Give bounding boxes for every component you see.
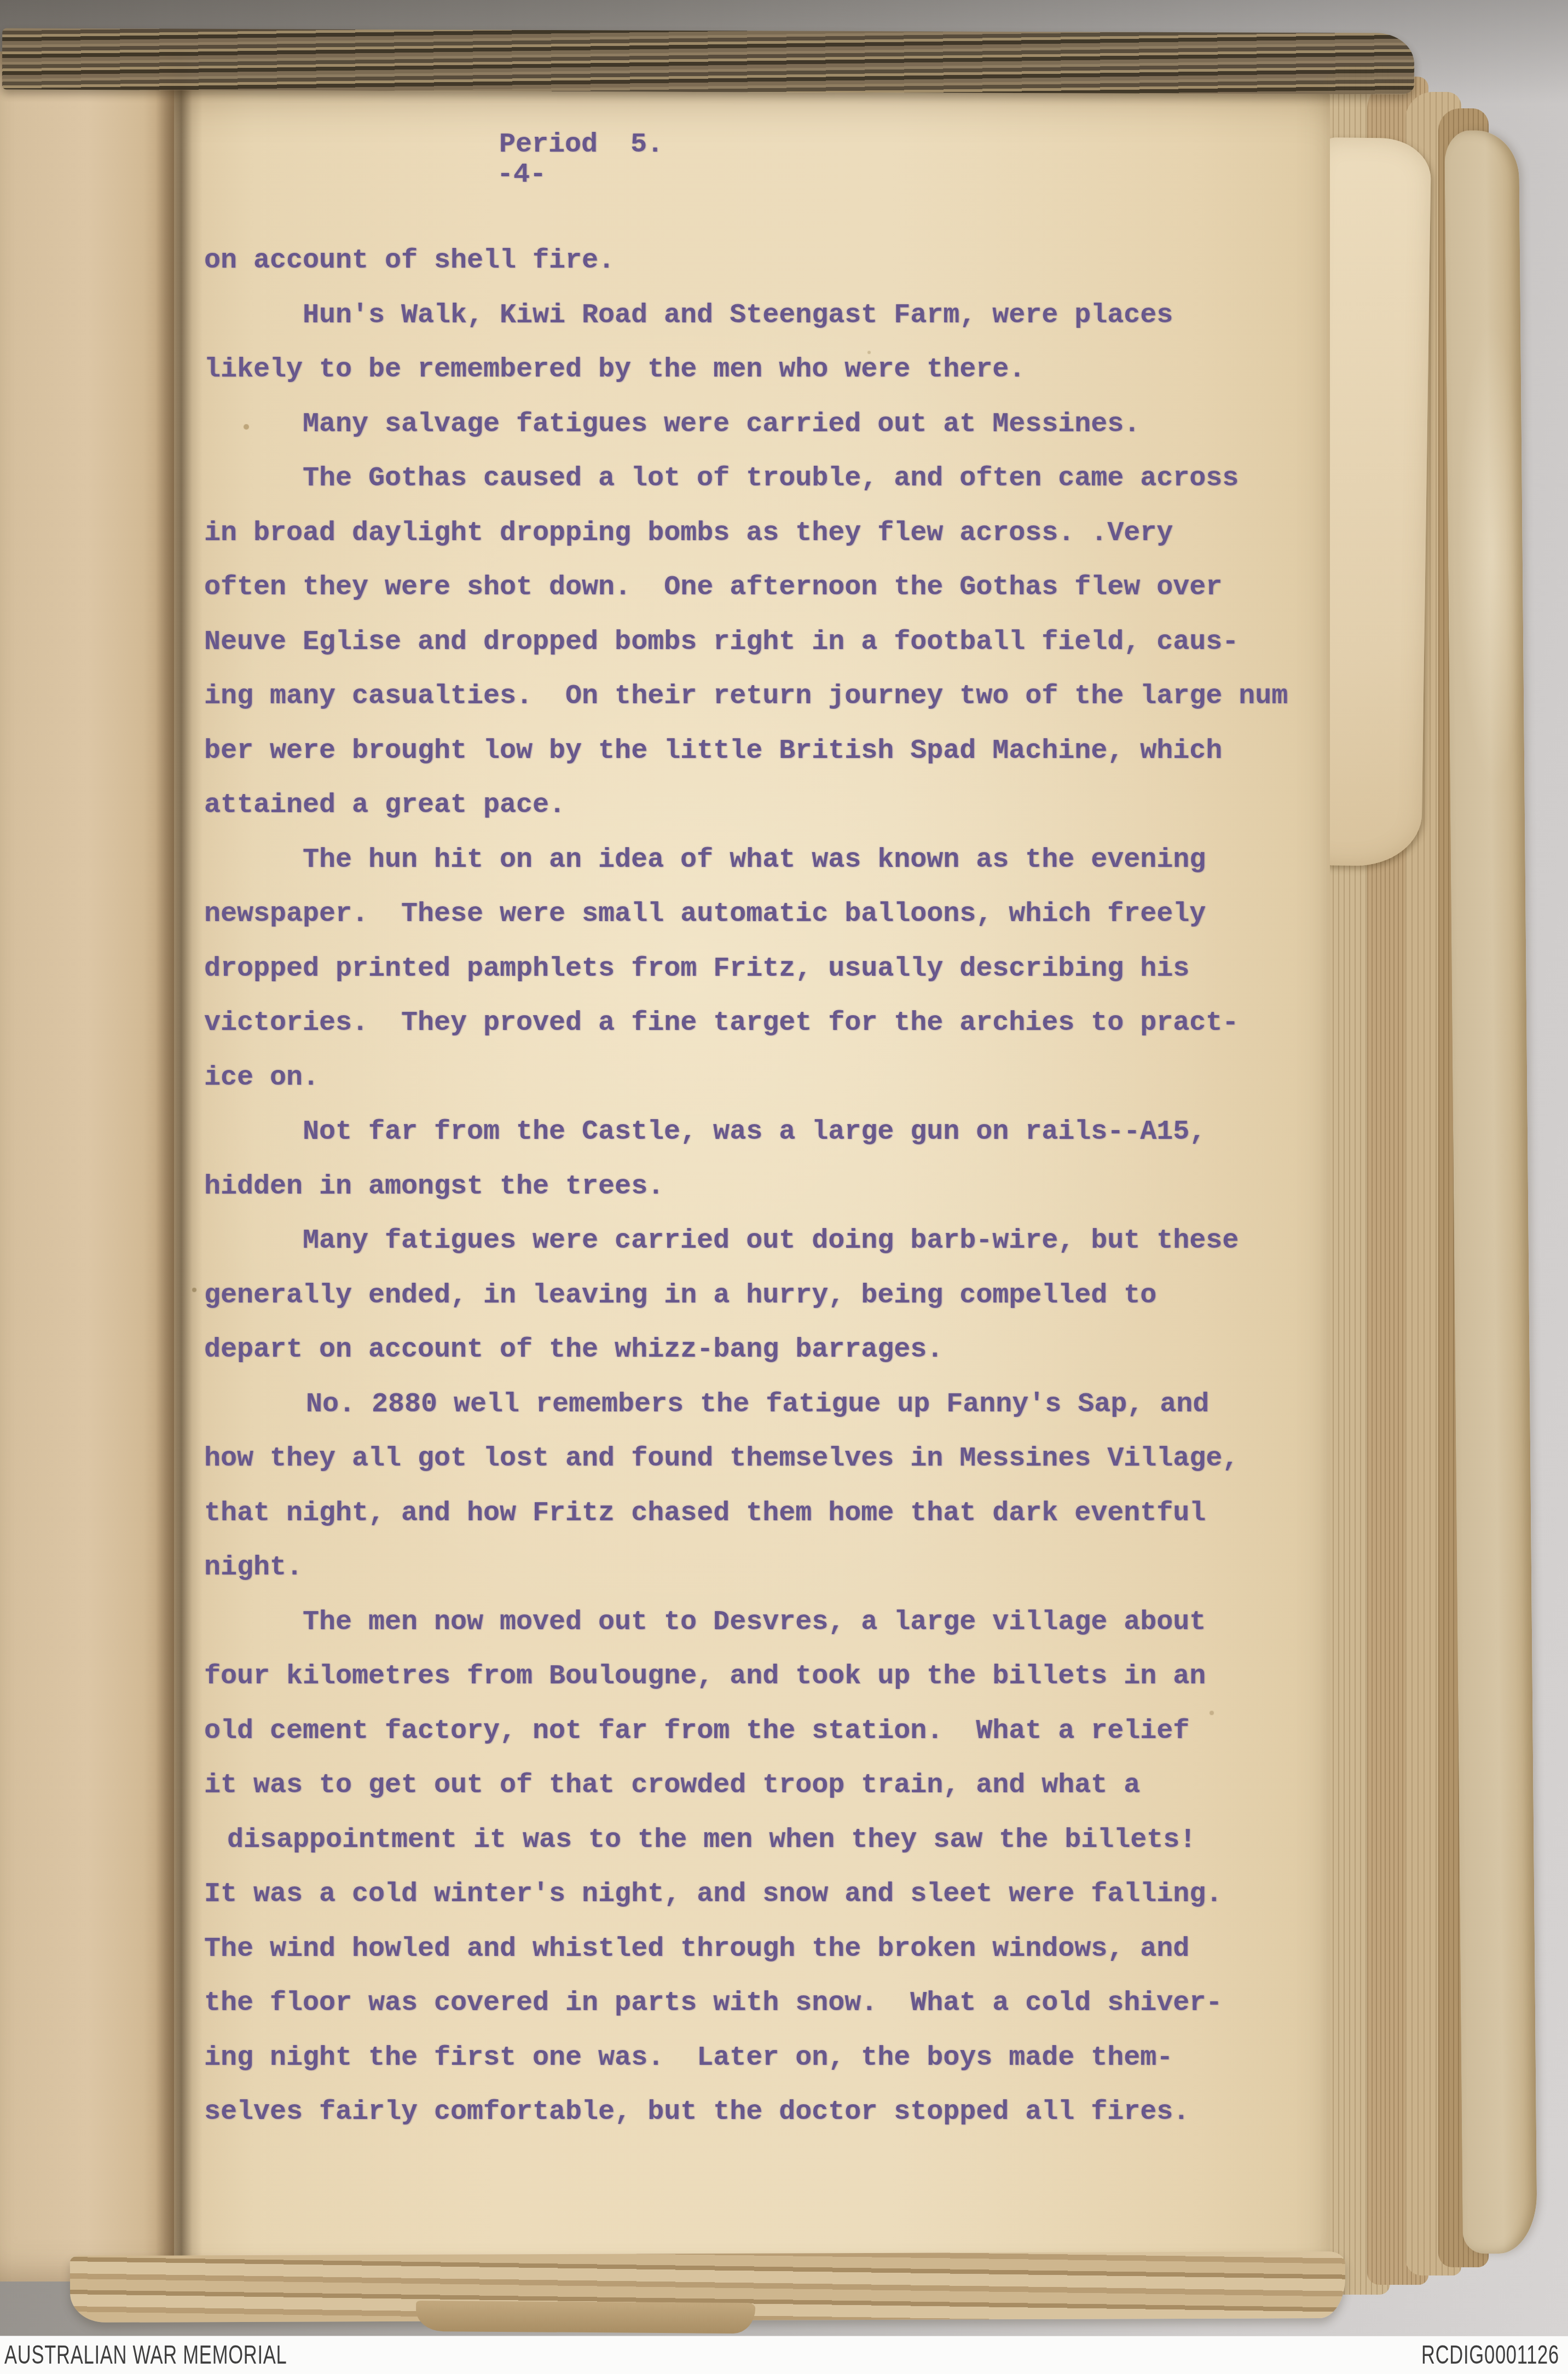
page-stack-top-edge	[2, 28, 1414, 94]
typed-line: ing night the first one was. Later on, t…	[204, 2031, 1332, 2086]
ink-specks	[0, 0, 2, 2]
typed-line: Many fatigues were carried out doing bar…	[204, 1214, 1332, 1269]
typed-line: Not far from the Castle, was a large gun…	[204, 1105, 1332, 1160]
page-heading: Period 5.	[499, 131, 663, 159]
typed-line: newspaper. These were small automatic ba…	[204, 887, 1332, 942]
facing-page	[0, 51, 175, 2282]
typed-line: dropped printed pamphlets from Fritz, us…	[204, 942, 1332, 997]
typed-line: that night, and how Fritz chased them ho…	[204, 1486, 1332, 1541]
typed-line: attained a great pace.	[204, 778, 1332, 833]
archive-name-label: AUSTRALIAN WAR MEMORIAL	[4, 2340, 287, 2370]
typed-line: ber were brought low by the little Briti…	[204, 724, 1332, 779]
typed-line: often they were shot down. One afternoon…	[204, 560, 1332, 615]
typed-line: likely to be remembered by the men who w…	[204, 343, 1332, 397]
typed-line: how they all got lost and found themselv…	[204, 1432, 1332, 1486]
typed-text-block: on account of shell fire.Hun's Walk, Kiw…	[204, 234, 1332, 2140]
typed-line: on account of shell fire.	[204, 234, 1332, 288]
footer-bar: AUSTRALIAN WAR MEMORIAL RCDIG0001126	[0, 2336, 1568, 2374]
typed-line: generally ended, in leaving in a hurry, …	[204, 1269, 1332, 1323]
typed-line: depart on account of the whizz-bang barr…	[204, 1323, 1332, 1377]
typed-line: ing many casualties. On their return jou…	[204, 669, 1332, 724]
typed-line: hidden in amongst the trees.	[204, 1160, 1332, 1214]
typed-line: night.	[204, 1541, 1332, 1595]
typed-line: it was to get out of that crowded troop …	[204, 1758, 1332, 1813]
typed-line: The men now moved out to Desvres, a larg…	[204, 1595, 1332, 1650]
typed-line: disappointment it was to the men when th…	[204, 1813, 1332, 1868]
reference-id-label: RCDIG0001126	[1421, 2340, 1559, 2370]
typed-line: selves fairly comfortable, but the docto…	[204, 2085, 1332, 2140]
typed-line: It was a cold winter's night, and snow a…	[204, 1867, 1332, 1922]
torn-bottom-fragment	[416, 2301, 755, 2334]
typed-line: The wind howled and whistled through the…	[204, 1922, 1332, 1977]
scanned-document-view: Period 5. -4- on account of shell fire.H…	[0, 0, 1568, 2374]
typed-line: four kilometres from Boulougne, and took…	[204, 1649, 1332, 1704]
typed-line: victories. They proved a fine target for…	[204, 996, 1332, 1051]
typed-line: old cement factory, not far from the sta…	[204, 1704, 1332, 1759]
typed-line: The hun hit on an idea of what was known…	[204, 833, 1332, 888]
typed-line: The Gothas caused a lot of trouble, and …	[204, 451, 1332, 506]
typed-line: Hun's Walk, Kiwi Road and Steengast Farm…	[204, 288, 1332, 343]
typed-line: the floor was covered in parts with snow…	[204, 1976, 1332, 2031]
page-number: -4-	[497, 161, 546, 189]
typed-line: Neuve Eglise and dropped bombs right in …	[204, 615, 1332, 670]
book-gutter-shadow	[155, 48, 202, 2292]
typed-line: No. 2880 well remembers the fatigue up F…	[204, 1377, 1332, 1432]
typed-line: in broad daylight dropping bombs as they…	[204, 506, 1332, 561]
typed-line: ice on.	[204, 1051, 1332, 1105]
typed-line: Many salvage fatigues were carried out a…	[204, 397, 1332, 452]
